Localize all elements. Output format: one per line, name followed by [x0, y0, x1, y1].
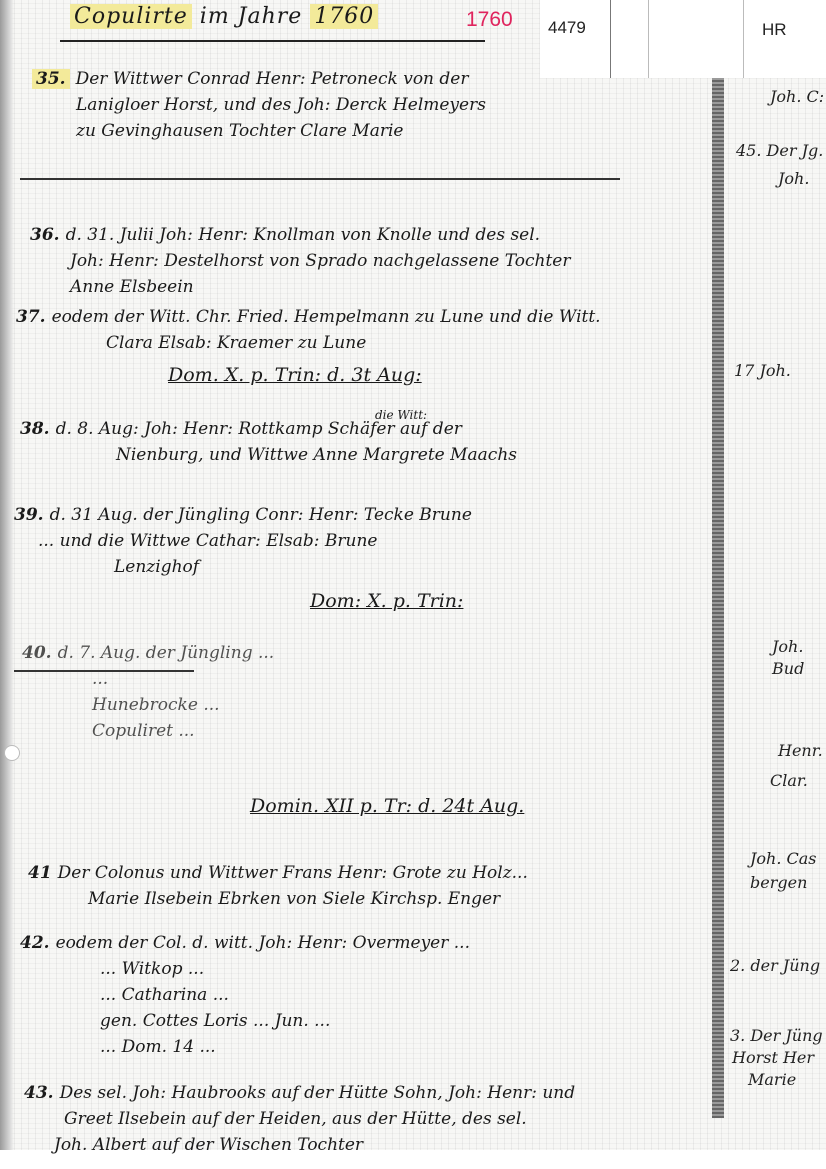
register-entry-43: 43.Des sel. Joh: Haubrooks auf der Hütte…	[24, 1080, 714, 1158]
entry-line: d. 8. Aug: Joh: Henr: Rottkamp Schäfer a…	[56, 419, 462, 439]
entry-line: Joh: Henr: Destelhorst von Sprado nachge…	[30, 248, 710, 274]
sunday-heading: Dom: X. p. Trin:	[310, 590, 463, 612]
register-entry-42: 42.eodem der Col. d. witt. Joh: Henr: Ov…	[20, 930, 710, 1060]
year-annotation: 1760	[466, 8, 513, 32]
margin-note: 3. Der Jüng	[730, 1025, 823, 1047]
entry-line: Der Wittwer Conrad Henr: Petroneck von d…	[76, 69, 469, 89]
archive-mark: HR	[762, 20, 787, 40]
margin-note: Joh. C:	[770, 86, 824, 108]
entry-number: 42.	[20, 933, 50, 953]
title-rest: im Jahre	[200, 4, 303, 29]
entry-line: Des sel. Joh: Haubrooks auf der Hütte So…	[60, 1083, 576, 1103]
title-year: 1760	[310, 4, 378, 29]
entry-number: 37.	[16, 307, 46, 327]
sunday-heading: Dom. X. p. Trin: d. 3t Aug:	[168, 364, 422, 386]
entry-line: d. 31 Aug. der Jüngling Conr: Henr: Teck…	[50, 505, 472, 525]
register-entry-40: 40.d. 7. Aug. der Jüngling ... ... Huneb…	[22, 640, 712, 744]
margin-note: Henr.	[778, 740, 823, 762]
entry-line: Lanigloer Horst, und des Joh: Derck Helm…	[32, 92, 672, 118]
entry-line: Greet Ilsebein auf der Heiden, aus der H…	[24, 1106, 714, 1132]
entry-line: ... und die Wittwe Cathar: Elsab: Brune	[14, 528, 704, 554]
register-entry-37: 37.eodem der Witt. Chr. Fried. Hempelman…	[16, 304, 706, 356]
entry-number: 39.	[14, 505, 44, 525]
register-entry-39: 39.d. 31 Aug. der Jüngling Conr: Henr: T…	[14, 502, 704, 580]
margin-note: Joh. Cas	[750, 848, 817, 870]
margin-note: 45. Der Jg.	[736, 140, 823, 162]
entry-line: Lenzighof	[14, 554, 704, 580]
entry-line: zu Gevinghausen Tochter Clare Marie	[32, 118, 672, 144]
register-entry-38: 38.d. 8. Aug: Joh: Henr: Rottkamp Schäfe…	[20, 416, 710, 468]
archive-number: 4479	[548, 18, 586, 38]
entry-line: ... Catharina ...	[20, 982, 710, 1008]
entry-number: 40.	[22, 643, 52, 663]
entry-number: 35.	[32, 69, 70, 89]
entry-line: ... Witkop ...	[20, 956, 710, 982]
entry-line: Clara Elsab: Kraemer zu Lune	[16, 330, 706, 356]
register-entry-36: 36.d. 31. Julii Joh: Henr: Knollman von …	[30, 222, 710, 300]
register-entry-41: 41Der Colonus und Wittwer Frans Henr: Gr…	[28, 860, 708, 912]
entry-line: gen. Cottes Loris ... Jun. ...	[20, 1008, 710, 1034]
entry-number: 36.	[30, 225, 60, 245]
entry-line: Nienburg, und Wittwe Anne Margrete Maach…	[20, 442, 710, 468]
margin-note: Joh.	[778, 168, 809, 190]
entry-line: d. 7. Aug. der Jüngling ...	[58, 643, 275, 663]
entry-number: 41	[28, 863, 52, 883]
separator-rule	[20, 178, 620, 180]
entry-line: ... Dom. 14 ...	[20, 1034, 710, 1060]
page-title: Copulirte im Jahre 1760	[70, 4, 378, 29]
entry-line: Anne Elsbeein	[30, 274, 710, 300]
margin-note: Marie	[748, 1069, 796, 1091]
entry-number: 43.	[24, 1083, 54, 1103]
margin-note: Joh. Bud	[772, 636, 826, 680]
sunday-heading: Domin. XII p. Tr: d. 24t Aug.	[250, 795, 524, 817]
title-word: Copulirte	[70, 4, 192, 29]
register-entry-35: 35.Der Wittwer Conrad Henr: Petroneck vo…	[32, 66, 672, 144]
margin-note: Clar.	[770, 770, 808, 792]
punch-hole	[4, 745, 20, 761]
entry-line: Joh. Albert auf der Wischen Tochter	[24, 1132, 714, 1158]
strike-line	[14, 670, 194, 672]
entry-line: Marie Ilsebein Ebrken von Siele Kirchsp.…	[28, 886, 708, 912]
title-underline	[60, 40, 485, 42]
entry-line: Copuliret ...	[22, 718, 712, 744]
page-edge-shadow	[0, 0, 14, 1169]
margin-note: 17 Joh.	[734, 360, 791, 382]
entry-line: Hunebrocke ...	[22, 692, 712, 718]
margin-note: Horst Her	[732, 1047, 814, 1069]
binding-gutter	[712, 78, 724, 1118]
entry-line: d. 31. Julii Joh: Henr: Knollman von Kno…	[66, 225, 541, 245]
entry-number: 38.	[20, 419, 50, 439]
margin-note: bergen	[750, 872, 807, 894]
entry-line: Der Colonus und Wittwer Frans Henr: Grot…	[58, 863, 528, 883]
entry-line: eodem der Witt. Chr. Fried. Hempelmann z…	[52, 307, 601, 327]
entry-line: eodem der Col. d. witt. Joh: Henr: Overm…	[56, 933, 470, 953]
margin-note: 2. der Jüng	[730, 955, 820, 977]
